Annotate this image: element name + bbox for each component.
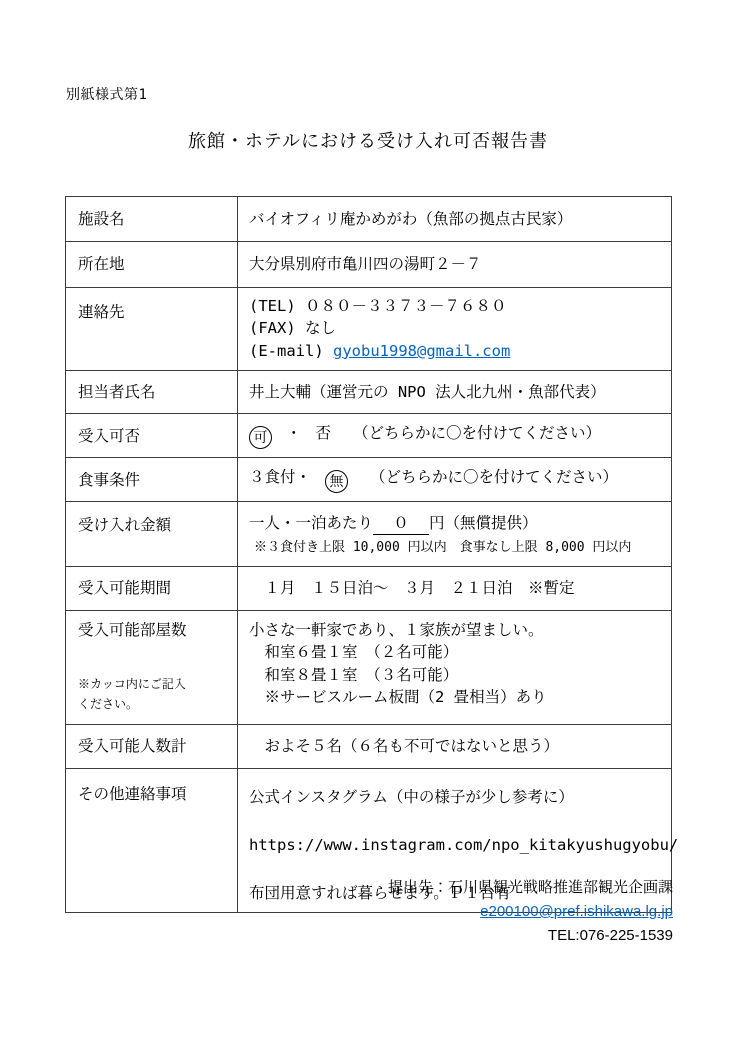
address-value: 大分県別府市亀川四の湯町２－７ [238,242,672,288]
capacity-value: およそ５名（６名も不可ではないと思う） [238,724,672,768]
price-value: 一人・一泊あたり０円（無償提供） ※３食付き上限 10,000 円以内 食事なし… [238,502,672,566]
period-label: 受入可能期間 [66,566,238,610]
table-row-acceptance: 受入可否 可・否（どちらかに〇を付けてください） [66,414,672,458]
table-row-rooms: 受入可能部屋数 ※カッコ内にご記入 ください。 小さな一軒家であり、１家族が望ま… [66,610,672,724]
table-row-facility: 施設名 バイオフィリ庵かめがわ（魚部の拠点古民家） [66,197,672,242]
rooms-value: 小さな一軒家であり、１家族が望ましい。 和室６畳１室 （２名可能） 和室８畳１室… [238,610,672,724]
rooms-label: 受入可能部屋数 [78,619,231,641]
footer-tel: TEL:076-225-1539 [388,924,673,948]
meals-label: 食事条件 [66,458,238,502]
acceptance-separator: ・ [286,422,302,444]
period-value: １月 １５日泊～ ３月 ２１日泊 ※暫定 [238,566,672,610]
report-table: 施設名 バイオフィリ庵かめがわ（魚部の拠点古民家） 所在地 大分県別府市亀川四の… [65,196,672,913]
capacity-label: 受入可能人数計 [66,724,238,768]
contact-tel: (TEL) ０８０－３３７３－７６８０ [249,295,663,317]
table-row-capacity: 受入可能人数計 およそ５名（６名も不可ではないと思う） [66,724,672,768]
contact-label: 連絡先 [66,288,238,371]
price-note: ※３食付き上限 10,000 円以内 食事なし上限 8,000 円以内 [249,539,663,558]
meals-option-with: ３食付・ [249,468,311,486]
other-label: その他連絡事項 [66,768,238,912]
page-title: 旅館・ホテルにおける受け入れ可否報告書 [0,127,736,153]
footer-email-link[interactable]: e200100@pref.ishikawa.lg.jp [480,903,673,920]
contact-email-prefix: (E-mail) [249,342,333,360]
footer: 提出先：石川県観光戦略推進部観光企画課 e200100@pref.ishikaw… [388,876,673,948]
acceptance-value: 可・否（どちらかに〇を付けてください） [238,414,672,458]
other-instagram-url: https://www.instagram.com/npo_kitakyushu… [249,834,663,856]
footer-email-line: e200100@pref.ishikawa.lg.jp [388,900,673,924]
table-row-contact: 連絡先 (TEL) ０８０－３３７３－７６８０ (FAX) なし (E-mail… [66,288,672,371]
price-prefix: 一人・一泊あたり [249,514,373,532]
contact-email-link[interactable]: gyobu1998@gmail.com [333,342,510,360]
contact-email-line: (E-mail) gyobu1998@gmail.com [249,340,663,362]
acceptance-label: 受入可否 [66,414,238,458]
other-line1: 公式インスタグラム（中の様子が少し参考に） [249,786,663,808]
acceptance-option-decline: 否 [316,424,332,442]
price-line: 一人・一泊あたり０円（無償提供） [249,511,663,534]
facility-value: バイオフィリ庵かめがわ（魚部の拠点古民家） [238,197,672,242]
acceptance-note: （どちらかに〇を付けてください） [353,422,601,444]
meals-option-none-circled: 無 [325,470,348,493]
table-row-address: 所在地 大分県別府市亀川四の湯町２－７ [66,242,672,288]
table-row-manager: 担当者氏名 井上大輔（運営元の NPO 法人北九州・魚部代表） [66,371,672,414]
price-label: 受け入れ金額 [66,502,238,566]
address-label: 所在地 [66,242,238,288]
contact-value: (TEL) ０８０－３３７３－７６８０ (FAX) なし (E-mail) gy… [238,288,672,371]
table-row-price: 受け入れ金額 一人・一泊あたり０円（無償提供） ※３食付き上限 10,000 円… [66,502,672,566]
form-number: 別紙様式第1 [66,84,147,104]
rooms-label-cell: 受入可能部屋数 ※カッコ内にご記入 ください。 [66,610,238,724]
manager-label: 担当者氏名 [66,371,238,414]
rooms-label-note: ※カッコ内にご記入 ください。 [78,675,231,715]
meals-note: （どちらかに〇を付けてください） [370,466,618,488]
document-page: 別紙様式第1 旅館・ホテルにおける受け入れ可否報告書 施設名 バイオフィリ庵かめ… [0,0,736,1041]
footer-submit-to: 提出先：石川県観光戦略推進部観光企画課 [388,876,673,900]
contact-fax: (FAX) なし [249,317,663,339]
table-row-meals: 食事条件 ３食付・無（どちらかに〇を付けてください） [66,458,672,502]
table-row-period: 受入可能期間 １月 １５日泊～ ３月 ２１日泊 ※暫定 [66,566,672,610]
price-suffix: 円（無償提供） [429,514,538,532]
acceptance-option-accept-circled: 可 [249,426,272,449]
manager-value: 井上大輔（運営元の NPO 法人北九州・魚部代表） [238,371,672,414]
meals-value: ３食付・無（どちらかに〇を付けてください） [238,458,672,502]
price-amount-field: ０ [373,514,429,534]
facility-label: 施設名 [66,197,238,242]
